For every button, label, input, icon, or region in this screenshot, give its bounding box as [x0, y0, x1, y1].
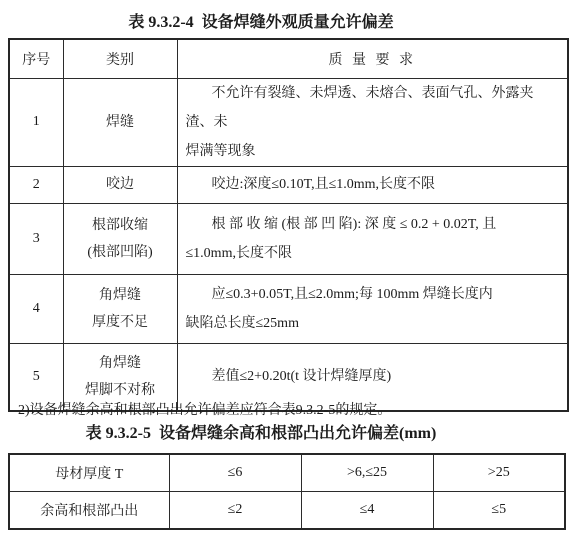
- value-cell: >6,≤25: [301, 454, 433, 491]
- header-requirement: 质 量 要 求: [177, 39, 568, 78]
- header-no: 序号: [9, 39, 63, 78]
- table-9325-title: 表 9.3.2-5 设备焊缝余高和根部凸出允许偏差(mm): [0, 420, 574, 443]
- row-requirement-cell: 不允许有裂缝、未焊透、未熔合、表面气孔、外露夹渣、未 焊满等现象: [177, 78, 568, 166]
- table-row: 余高和根部凸出 ≤2 ≤4 ≤5: [9, 491, 565, 529]
- row-requirement-cell: 应≤0.3+0.05T,且≤2.0mm;每 100mm 焊缝长度内 缺陷总长度≤…: [177, 274, 568, 343]
- table-row: 1 焊缝 不允许有裂缝、未焊透、未熔合、表面气孔、外露夹渣、未 焊满等现象: [9, 78, 568, 166]
- value-cell: ≤6: [169, 454, 301, 491]
- row-category-cell: 根部收缩 (根部凹陷): [63, 203, 177, 274]
- table-row: 2 咬边 咬边:深度≤0.10T,且≤1.0mm,长度不限: [9, 166, 568, 203]
- table-9324-header-row: 序号 类别 质 量 要 求: [9, 39, 568, 78]
- row-requirement-cell: 咬边:深度≤0.10T,且≤1.0mm,长度不限: [177, 166, 568, 203]
- row-no-cell: 1: [9, 78, 63, 166]
- row-no-cell: 2: [9, 166, 63, 203]
- header-category: 类别: [63, 39, 177, 78]
- row-label-cell: 余高和根部凸出: [9, 491, 169, 529]
- row-requirement-cell: 根 部 收 缩 (根 部 凹 陷): 深 度 ≤ 0.2 + 0.02T, 且 …: [177, 203, 568, 274]
- table-row: 4 角焊缝 厚度不足 应≤0.3+0.05T,且≤2.0mm;每 100mm 焊…: [9, 274, 568, 343]
- table-9325: 母材厚度 T ≤6 >6,≤25 >25 余高和根部凸出 ≤2 ≤4 ≤5: [8, 453, 566, 530]
- table-row: 母材厚度 T ≤6 >6,≤25 >25: [9, 454, 565, 491]
- value-cell: ≤4: [301, 491, 433, 529]
- value-cell: >25: [433, 454, 565, 491]
- table-row: 3 根部收缩 (根部凹陷) 根 部 收 缩 (根 部 凹 陷): 深 度 ≤ 0…: [9, 203, 568, 274]
- table-9324-title: 表 9.3.2-4 设备焊缝外观质量允许偏差: [0, 9, 574, 32]
- row-no-cell: 4: [9, 274, 63, 343]
- row-label-cell: 母材厚度 T: [9, 454, 169, 491]
- table-9324: 序号 类别 质 量 要 求 1 焊缝 不允许有裂缝、未焊透、未熔合、表面气孔、外…: [8, 38, 569, 412]
- value-cell: ≤2: [169, 491, 301, 529]
- row-category-cell: 咬边: [63, 166, 177, 203]
- value-cell: ≤5: [433, 491, 565, 529]
- row-category-cell: 角焊缝 厚度不足: [63, 274, 177, 343]
- row-category-cell: 焊缝: [63, 78, 177, 166]
- note-line: 2)设备焊缝余高和根部凸出允许偏差应符合表9.3.2-5的规定。: [18, 399, 391, 419]
- row-no-cell: 3: [9, 203, 63, 274]
